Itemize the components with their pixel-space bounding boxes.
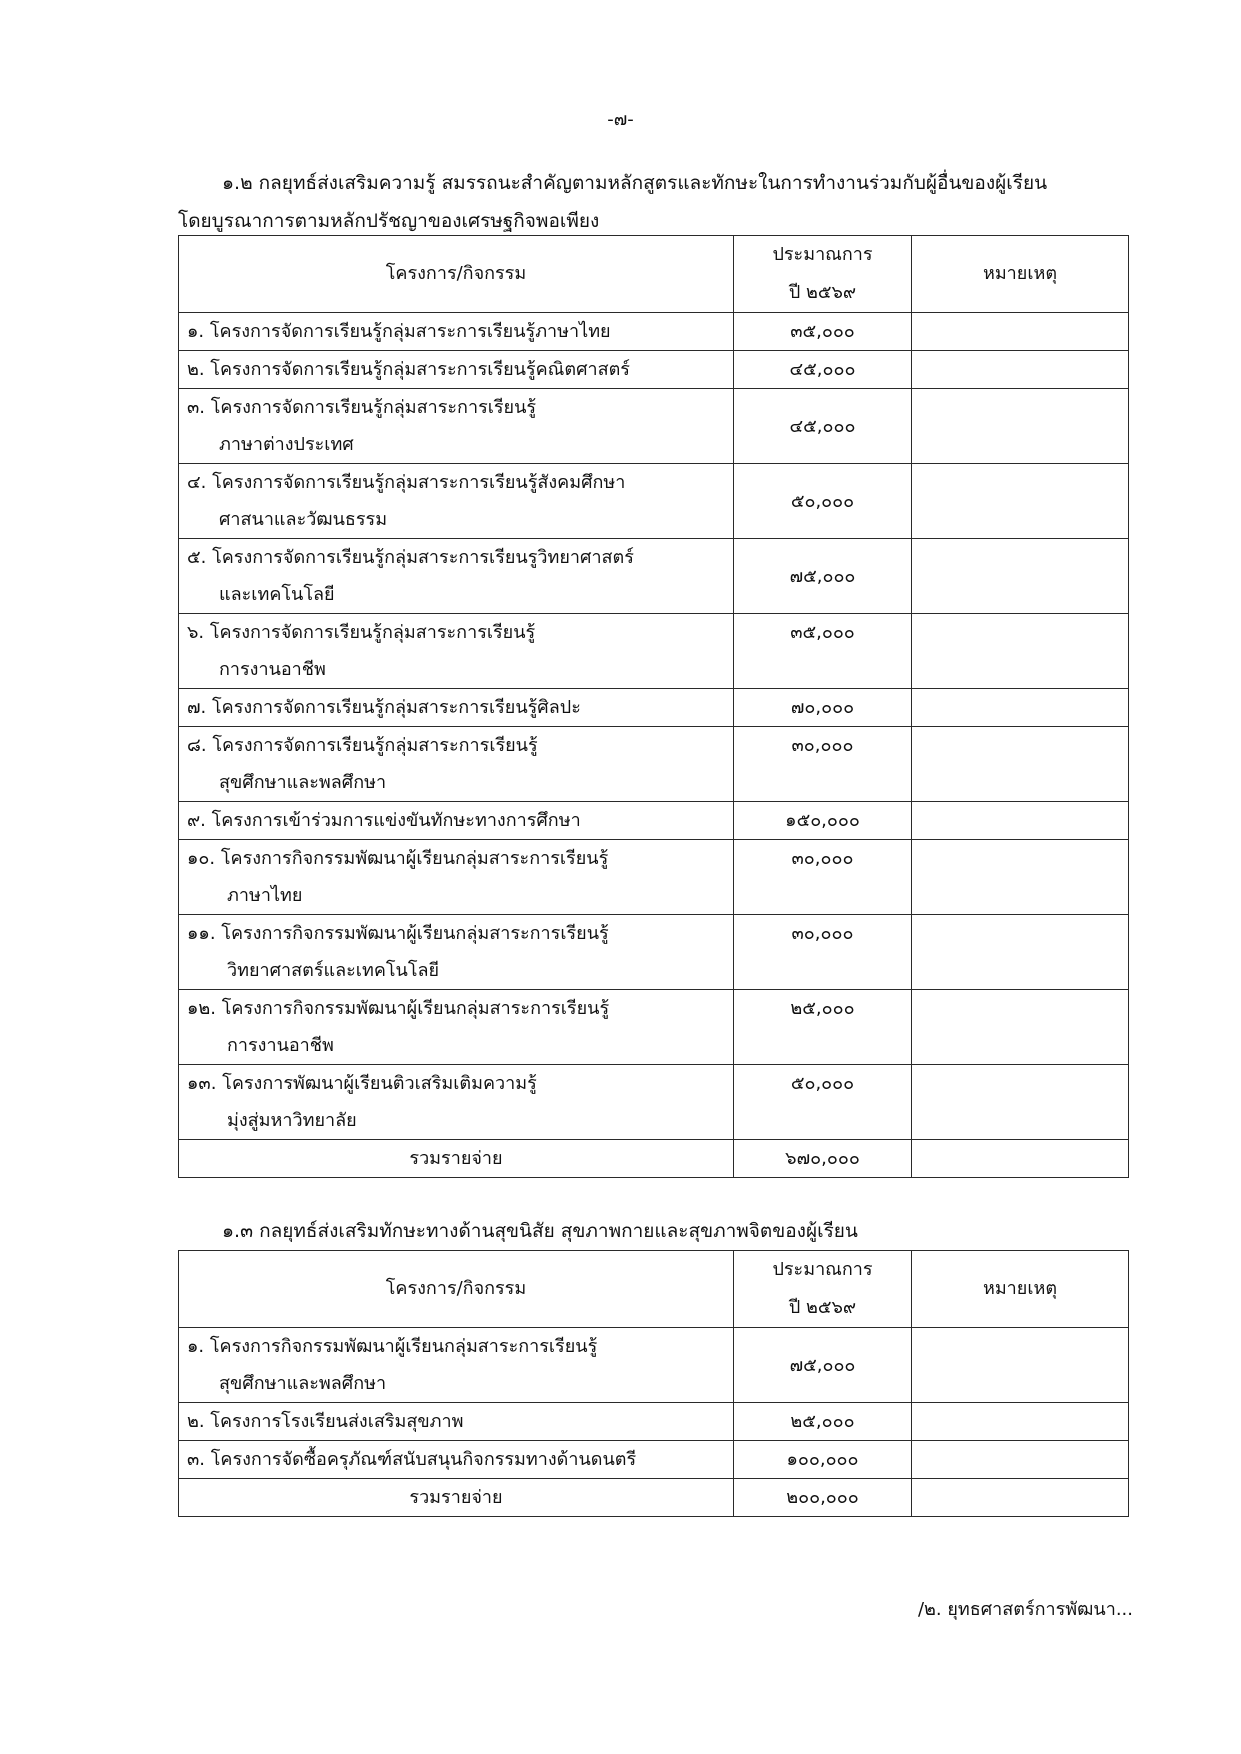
remark bbox=[912, 689, 1129, 727]
project-name-line1: ๔. โครงการจัดการเรียนรู้กลุ่มสาระการเรีย… bbox=[187, 472, 625, 493]
table-row: ๔. โครงการจัดการเรียนรู้กลุ่มสาระการเรีย… bbox=[179, 464, 1129, 539]
budget-amount: ๕๐,๐๐๐ bbox=[734, 1065, 912, 1140]
project-name-line1: ๑๒. โครงการกิจกรรมพัฒนาผู้เรียนกลุ่มสาระ… bbox=[187, 998, 609, 1019]
section-1-2-heading-line1: ๑.๒ กลยุทธ์ส่งเสริมความรู้ สมรรถนะสำคัญต… bbox=[178, 164, 1138, 202]
header-budget-line1: ประมาณการ bbox=[742, 236, 903, 274]
table-total-row: รวมรายจ่าย ๒๐๐,๐๐๐ bbox=[179, 1479, 1129, 1517]
section-1-2-budget-table: โครงการ/กิจกรรม ประมาณการ ปี ๒๕๖๙ หมายเห… bbox=[178, 235, 1129, 1178]
project-name: ๕. โครงการจัดการเรียนรู้กลุ่มสาระการเรีย… bbox=[179, 539, 734, 614]
remark bbox=[912, 915, 1129, 990]
project-name: ๘. โครงการจัดการเรียนรู้กลุ่มสาระการเรีย… bbox=[179, 727, 734, 802]
page-number: -๗- bbox=[0, 104, 1241, 133]
budget-amount: ๔๕,๐๐๐ bbox=[734, 351, 912, 389]
total-budget: ๒๐๐,๐๐๐ bbox=[734, 1479, 912, 1517]
total-budget: ๖๗๐,๐๐๐ bbox=[734, 1140, 912, 1178]
project-name-line2: สุขศึกษาและพลศึกษา bbox=[187, 1365, 725, 1402]
project-name: ๓. โครงการจัดซื้อครุภัณฑ์สนับสนุนกิจกรรม… bbox=[179, 1441, 734, 1479]
remark bbox=[912, 464, 1129, 539]
remark bbox=[912, 351, 1129, 389]
project-name-line2: มุ่งสู่มหาวิทยาลัย bbox=[187, 1102, 725, 1139]
project-name-line1: ๒. โครงการโรงเรียนส่งเสริมสุขภาพ bbox=[187, 1411, 464, 1432]
section-1-2-heading: ๑.๒ กลยุทธ์ส่งเสริมความรู้ สมรรถนะสำคัญต… bbox=[178, 164, 1138, 240]
table-row: ๒. โครงการโรงเรียนส่งเสริมสุขภาพ๒๕,๐๐๐ bbox=[179, 1403, 1129, 1441]
total-label: รวมรายจ่าย bbox=[179, 1479, 734, 1517]
project-name-line2: การงานอาชีพ bbox=[187, 1027, 725, 1064]
project-name: ๑. โครงการจัดการเรียนรู้กลุ่มสาระการเรีย… bbox=[179, 313, 734, 351]
budget-amount: ๓๐,๐๐๐ bbox=[734, 915, 912, 990]
section-1-3-heading-line1: ๑.๓ กลยุทธ์ส่งเสริมทักษะทางด้านสุขนิสัย … bbox=[178, 1212, 1138, 1250]
project-name: ๙. โครงการเข้าร่วมการแข่งขันทักษะทางการศ… bbox=[179, 802, 734, 840]
section-1-3-heading: ๑.๓ กลยุทธ์ส่งเสริมทักษะทางด้านสุขนิสัย … bbox=[178, 1212, 1138, 1250]
remark bbox=[912, 802, 1129, 840]
project-name: ๒. โครงการจัดการเรียนรู้กลุ่มสาระการเรีย… bbox=[179, 351, 734, 389]
budget-amount: ๒๕,๐๐๐ bbox=[734, 990, 912, 1065]
project-name-line1: ๒. โครงการจัดการเรียนรู้กลุ่มสาระการเรีย… bbox=[187, 359, 630, 380]
table-row: ๑๒. โครงการกิจกรรมพัฒนาผู้เรียนกลุ่มสาระ… bbox=[179, 990, 1129, 1065]
table-row: ๕. โครงการจัดการเรียนรู้กลุ่มสาระการเรีย… bbox=[179, 539, 1129, 614]
project-name-line2: ศาสนาและวัฒนธรรม bbox=[187, 501, 725, 538]
table-row: ๑. โครงการกิจกรรมพัฒนาผู้เรียนกลุ่มสาระก… bbox=[179, 1328, 1129, 1403]
project-name-line1: ๗. โครงการจัดการเรียนรู้กลุ่มสาระการเรีย… bbox=[187, 697, 581, 718]
header-project: โครงการ/กิจกรรม bbox=[179, 1251, 734, 1328]
continuation-note: /๒. ยุทธศาสตร์การพัฒนา... bbox=[918, 1594, 1133, 1623]
project-name-line1: ๑๓. โครงการพัฒนาผู้เรียนติวเสริมเติมความ… bbox=[187, 1073, 537, 1094]
table-row: ๒. โครงการจัดการเรียนรู้กลุ่มสาระการเรีย… bbox=[179, 351, 1129, 389]
project-name-line1: ๕. โครงการจัดการเรียนรู้กลุ่มสาระการเรีย… bbox=[187, 547, 634, 568]
header-budget-line2: ปี ๒๕๖๙ bbox=[742, 274, 903, 312]
project-name-line2: วิทยาศาสตร์และเทคโนโลยี bbox=[187, 952, 725, 989]
project-name-line1: ๘. โครงการจัดการเรียนรู้กลุ่มสาระการเรีย… bbox=[187, 735, 538, 756]
total-remark bbox=[912, 1479, 1129, 1517]
table-row: ๓. โครงการจัดซื้อครุภัณฑ์สนับสนุนกิจกรรม… bbox=[179, 1441, 1129, 1479]
remark bbox=[912, 539, 1129, 614]
project-name-line2: และเทคโนโลยี bbox=[187, 576, 725, 613]
table-row: ๙. โครงการเข้าร่วมการแข่งขันทักษะทางการศ… bbox=[179, 802, 1129, 840]
budget-amount: ๗๕,๐๐๐ bbox=[734, 1328, 912, 1403]
remark bbox=[912, 727, 1129, 802]
budget-amount: ๓๕,๐๐๐ bbox=[734, 614, 912, 689]
total-label: รวมรายจ่าย bbox=[179, 1140, 734, 1178]
project-name: ๑๐. โครงการกิจกรรมพัฒนาผู้เรียนกลุ่มสาระ… bbox=[179, 840, 734, 915]
remark bbox=[912, 614, 1129, 689]
remark bbox=[912, 313, 1129, 351]
budget-amount: ๒๕,๐๐๐ bbox=[734, 1403, 912, 1441]
budget-amount: ๗๕,๐๐๐ bbox=[734, 539, 912, 614]
project-name-line1: ๓. โครงการจัดการเรียนรู้กลุ่มสาระการเรีย… bbox=[187, 397, 536, 418]
table-total-row: รวมรายจ่าย ๖๗๐,๐๐๐ bbox=[179, 1140, 1129, 1178]
project-name: ๓. โครงการจัดการเรียนรู้กลุ่มสาระการเรีย… bbox=[179, 389, 734, 464]
project-name: ๖. โครงการจัดการเรียนรู้กลุ่มสาระการเรีย… bbox=[179, 614, 734, 689]
project-name: ๒. โครงการโรงเรียนส่งเสริมสุขภาพ bbox=[179, 1403, 734, 1441]
budget-amount: ๑๕๐,๐๐๐ bbox=[734, 802, 912, 840]
project-name-line1: ๖. โครงการจัดการเรียนรู้กลุ่มสาระการเรีย… bbox=[187, 622, 535, 643]
project-name-line1: ๓. โครงการจัดซื้อครุภัณฑ์สนับสนุนกิจกรรม… bbox=[187, 1449, 636, 1470]
remark bbox=[912, 840, 1129, 915]
table-row: ๑๑. โครงการกิจกรรมพัฒนาผู้เรียนกลุ่มสาระ… bbox=[179, 915, 1129, 990]
header-remark: หมายเหตุ bbox=[912, 1251, 1129, 1328]
table-row: ๖. โครงการจัดการเรียนรู้กลุ่มสาระการเรีย… bbox=[179, 614, 1129, 689]
project-name-line2: ภาษาไทย bbox=[187, 877, 725, 914]
budget-amount: ๓๐,๐๐๐ bbox=[734, 727, 912, 802]
project-name-line1: ๑๐. โครงการกิจกรรมพัฒนาผู้เรียนกลุ่มสาระ… bbox=[187, 848, 608, 869]
header-project: โครงการ/กิจกรรม bbox=[179, 236, 734, 313]
remark bbox=[912, 990, 1129, 1065]
table-row: ๓. โครงการจัดการเรียนรู้กลุ่มสาระการเรีย… bbox=[179, 389, 1129, 464]
header-budget-line1: ประมาณการ bbox=[742, 1251, 903, 1289]
remark bbox=[912, 1065, 1129, 1140]
header-budget: ประมาณการ ปี ๒๕๖๙ bbox=[734, 236, 912, 313]
budget-amount: ๓๐,๐๐๐ bbox=[734, 840, 912, 915]
project-name-line1: ๑๑. โครงการกิจกรรมพัฒนาผู้เรียนกลุ่มสาระ… bbox=[187, 923, 609, 944]
table-header-row: โครงการ/กิจกรรม ประมาณการ ปี ๒๕๖๙ หมายเห… bbox=[179, 1251, 1129, 1328]
header-budget: ประมาณการ ปี ๒๕๖๙ bbox=[734, 1251, 912, 1328]
project-name-line1: ๑. โครงการกิจกรรมพัฒนาผู้เรียนกลุ่มสาระก… bbox=[187, 1336, 597, 1357]
budget-amount: ๔๕,๐๐๐ bbox=[734, 389, 912, 464]
remark bbox=[912, 1441, 1129, 1479]
remark bbox=[912, 1328, 1129, 1403]
header-budget-line2: ปี ๒๕๖๙ bbox=[742, 1289, 903, 1327]
budget-amount: ๕๐,๐๐๐ bbox=[734, 464, 912, 539]
budget-amount: ๗๐,๐๐๐ bbox=[734, 689, 912, 727]
section-1-2-table-body: ๑. โครงการจัดการเรียนรู้กลุ่มสาระการเรีย… bbox=[179, 313, 1129, 1140]
section-1-3-budget-table: โครงการ/กิจกรรม ประมาณการ ปี ๒๕๖๙ หมายเห… bbox=[178, 1250, 1129, 1517]
budget-amount: ๓๕,๐๐๐ bbox=[734, 313, 912, 351]
project-name: ๑๒. โครงการกิจกรรมพัฒนาผู้เรียนกลุ่มสาระ… bbox=[179, 990, 734, 1065]
table-row: ๗. โครงการจัดการเรียนรู้กลุ่มสาระการเรีย… bbox=[179, 689, 1129, 727]
header-remark: หมายเหตุ bbox=[912, 236, 1129, 313]
project-name: ๗. โครงการจัดการเรียนรู้กลุ่มสาระการเรีย… bbox=[179, 689, 734, 727]
project-name: ๑. โครงการกิจกรรมพัฒนาผู้เรียนกลุ่มสาระก… bbox=[179, 1328, 734, 1403]
table-row: ๘. โครงการจัดการเรียนรู้กลุ่มสาระการเรีย… bbox=[179, 727, 1129, 802]
table-header-row: โครงการ/กิจกรรม ประมาณการ ปี ๒๕๖๙ หมายเห… bbox=[179, 236, 1129, 313]
section-1-3-table-body: ๑. โครงการกิจกรรมพัฒนาผู้เรียนกลุ่มสาระก… bbox=[179, 1328, 1129, 1479]
project-name: ๔. โครงการจัดการเรียนรู้กลุ่มสาระการเรีย… bbox=[179, 464, 734, 539]
remark bbox=[912, 389, 1129, 464]
project-name-line2: สุขศึกษาและพลศึกษา bbox=[187, 764, 725, 801]
project-name: ๑๓. โครงการพัฒนาผู้เรียนติวเสริมเติมความ… bbox=[179, 1065, 734, 1140]
table-row: ๑๐. โครงการกิจกรรมพัฒนาผู้เรียนกลุ่มสาระ… bbox=[179, 840, 1129, 915]
project-name-line2: ภาษาต่างประเทศ bbox=[187, 426, 725, 463]
table-row: ๑๓. โครงการพัฒนาผู้เรียนติวเสริมเติมความ… bbox=[179, 1065, 1129, 1140]
remark bbox=[912, 1403, 1129, 1441]
table-row: ๑. โครงการจัดการเรียนรู้กลุ่มสาระการเรีย… bbox=[179, 313, 1129, 351]
budget-amount: ๑๐๐,๐๐๐ bbox=[734, 1441, 912, 1479]
project-name-line1: ๑. โครงการจัดการเรียนรู้กลุ่มสาระการเรีย… bbox=[187, 321, 611, 342]
total-remark bbox=[912, 1140, 1129, 1178]
project-name-line1: ๙. โครงการเข้าร่วมการแข่งขันทักษะทางการศ… bbox=[187, 810, 581, 831]
project-name: ๑๑. โครงการกิจกรรมพัฒนาผู้เรียนกลุ่มสาระ… bbox=[179, 915, 734, 990]
project-name-line2: การงานอาชีพ bbox=[187, 651, 725, 688]
